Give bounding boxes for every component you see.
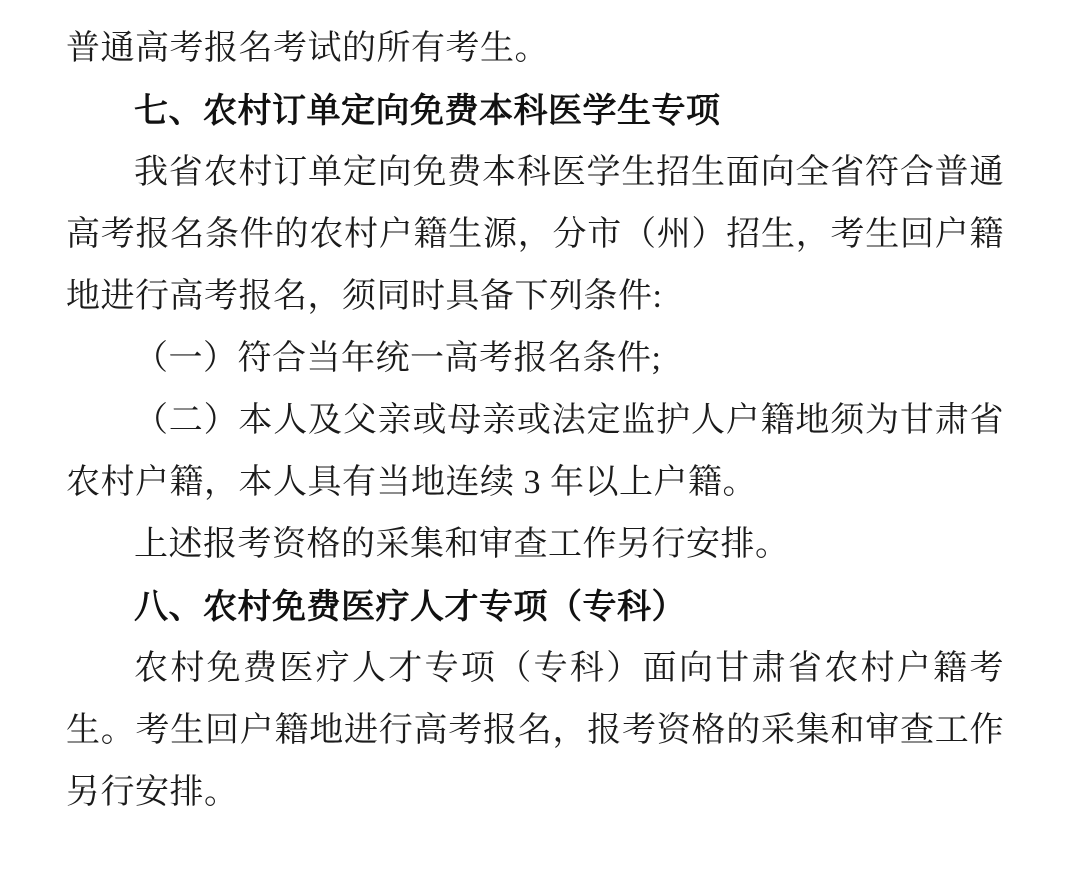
paragraph-continuation: 普通高考报名考试的所有考生。 <box>66 18 1004 80</box>
section-heading-seven: 七、农村订单定向免费本科医学生专项 <box>66 80 1004 142</box>
paragraph-qualification-review-note: 上述报考资格的采集和审查工作另行安排。 <box>66 514 1004 576</box>
section-heading-eight: 八、农村免费医疗人才专项（专科） <box>66 576 1004 638</box>
document-page: 普通高考报名考试的所有考生。 七、农村订单定向免费本科医学生专项 我省农村订单定… <box>0 0 1066 869</box>
paragraph-rural-targeted-program-intro: 我省农村订单定向免费本科医学生招生面向全省符合普通高考报名条件的农村户籍生源，分… <box>66 142 1004 328</box>
paragraph-condition-one: （一）符合当年统一高考报名条件; <box>66 328 1004 390</box>
paragraph-rural-medical-talent-program: 农村免费医疗人才专项（专科）面向甘肃省农村户籍考生。考生回户籍地进行高考报名，报… <box>66 638 1004 824</box>
paragraph-condition-two: （二）本人及父亲或母亲或法定监护人户籍地须为甘肃省农村户籍，本人具有当地连续 3… <box>66 390 1004 514</box>
